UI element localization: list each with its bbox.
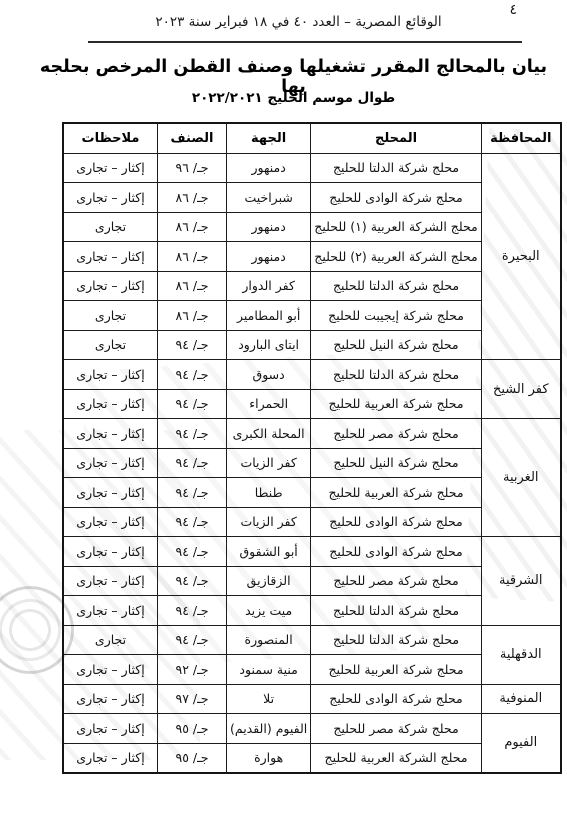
location-cell: دمنهور xyxy=(227,212,311,242)
location-cell: منية سمنود xyxy=(227,655,311,685)
governorate-cell: الفيوم xyxy=(481,714,561,773)
gin-cell: محلج شركة الوادى للحليج xyxy=(311,183,482,213)
variety-cell: جـ/ ٩٤ xyxy=(158,625,227,655)
notes-cell: إكثار – تجارى xyxy=(63,271,158,301)
variety-cell: جـ/ ٩٥ xyxy=(158,743,227,773)
variety-cell: جـ/ ٩٦ xyxy=(158,153,227,183)
journal-title-line: الوقائع المصرية – العدد ٤٠ في ١٨ فبراير … xyxy=(155,14,441,30)
variety-cell: جـ/ ٩٤ xyxy=(158,507,227,537)
gin-cell: محلج شركة مصر للحليج xyxy=(311,419,482,449)
gin-cell: محلج شركة الدلتا للحليج xyxy=(311,625,482,655)
location-cell: كفر الزيات xyxy=(227,507,311,537)
variety-cell: جـ/ ٩٤ xyxy=(158,448,227,478)
notes-cell: إكثار – تجارى xyxy=(63,419,158,449)
table-header: المحافظةالمحلجالجهةالصنفملاحظات xyxy=(63,123,561,153)
table-row: كفر الشيخمحلج شركة الدلتا للحليجدسوقجـ/ … xyxy=(63,360,561,390)
location-cell: ايتاى البارود xyxy=(227,330,311,360)
location-cell: أبو المطامير xyxy=(227,301,311,331)
notes-cell: إكثار – تجارى xyxy=(63,448,158,478)
gin-cell: محلج شركة الدلتا للحليج xyxy=(311,271,482,301)
table-row: الغربيةمحلج شركة مصر للحليجالمحلة الكبرى… xyxy=(63,419,561,449)
governorate-cell: الغربية xyxy=(481,419,561,537)
location-cell: المحلة الكبرى xyxy=(227,419,311,449)
table-body: البحيرةمحلج شركة الدلتا للحليجدمنهورجـ/ … xyxy=(63,153,561,773)
variety-cell: جـ/ ٩٤ xyxy=(158,330,227,360)
notes-cell: تجارى xyxy=(63,625,158,655)
table-row: الدقهليةمحلج شركة الدلتا للحليجالمنصورةج… xyxy=(63,625,561,655)
variety-cell: جـ/ ٨٦ xyxy=(158,271,227,301)
location-cell: أبو الشقوق xyxy=(227,537,311,567)
notes-cell: إكثار – تجارى xyxy=(63,743,158,773)
location-cell: شبراخيت xyxy=(227,183,311,213)
notes-cell: إكثار – تجارى xyxy=(63,566,158,596)
variety-cell: جـ/ ٨٦ xyxy=(158,212,227,242)
gin-cell: محلج شركة مصر للحليج xyxy=(311,714,482,744)
masthead: الوقائع المصرية – العدد ٤٠ في ١٨ فبراير … xyxy=(30,11,567,33)
variety-cell: جـ/ ٩٤ xyxy=(158,478,227,508)
table-row: المنوفيةمحلج شركة الوادى للحليجتلاجـ/ ٩٧… xyxy=(63,684,561,714)
gin-cell: محلج شركة العربية للحليج xyxy=(311,389,482,419)
column-header-0: المحافظة xyxy=(481,123,561,153)
notes-cell: إكثار – تجارى xyxy=(63,478,158,508)
notes-cell: تجارى xyxy=(63,301,158,331)
notes-cell: إكثار – تجارى xyxy=(63,242,158,272)
variety-cell: جـ/ ٨٦ xyxy=(158,183,227,213)
location-cell: هوارة xyxy=(227,743,311,773)
notes-cell: تجارى xyxy=(63,330,158,360)
variety-cell: جـ/ ٩٤ xyxy=(158,596,227,626)
table-row: البحيرةمحلج شركة الدلتا للحليجدمنهورجـ/ … xyxy=(63,153,561,183)
variety-cell: جـ/ ٨٦ xyxy=(158,301,227,331)
notes-cell: إكثار – تجارى xyxy=(63,596,158,626)
governorate-cell: البحيرة xyxy=(481,153,561,360)
gin-cell: محلج شركة العربية للحليج xyxy=(311,655,482,685)
gin-cell: محلج شركة مصر للحليج xyxy=(311,566,482,596)
variety-cell: جـ/ ٩٤ xyxy=(158,537,227,567)
gin-cell: محلج الشركة العربية (٢) للحليج xyxy=(311,242,482,272)
gin-cell: محلج الشركة العربية (١) للحليج xyxy=(311,212,482,242)
header-rule xyxy=(88,41,522,43)
gin-cell: محلج شركة الدلتا للحليج xyxy=(311,596,482,626)
location-cell: الفيوم (القديم) xyxy=(227,714,311,744)
variety-cell: جـ/ ٨٦ xyxy=(158,242,227,272)
location-cell: طنطا xyxy=(227,478,311,508)
governorate-cell: الدقهلية xyxy=(481,625,561,684)
gin-cell: محلج شركة الدلتا للحليج xyxy=(311,153,482,183)
column-header-2: الجهة xyxy=(227,123,311,153)
gin-cell: محلج شركة الوادى للحليج xyxy=(311,507,482,537)
notes-cell: تجارى xyxy=(63,212,158,242)
table-row: الشرقيةمحلج شركة الوادى للحليجأبو الشقوق… xyxy=(63,537,561,567)
notes-cell: إكثار – تجارى xyxy=(63,183,158,213)
gazette-page: الوقائع المصرية – العدد ٤٠ في ١٨ فبراير … xyxy=(0,0,567,815)
location-cell: دمنهور xyxy=(227,242,311,272)
variety-cell: جـ/ ٩٤ xyxy=(158,360,227,390)
variety-cell: جـ/ ٩٤ xyxy=(158,389,227,419)
location-cell: دسوق xyxy=(227,360,311,390)
location-cell: دمنهور xyxy=(227,153,311,183)
column-header-4: ملاحظات xyxy=(63,123,158,153)
table-header-row: المحافظةالمحلجالجهةالصنفملاحظات xyxy=(63,123,561,153)
gin-cell: محلج الشركة العربية للحليج xyxy=(311,743,482,773)
governorate-cell: الشرقية xyxy=(481,537,561,626)
gin-cell: محلج شركة النيل للحليج xyxy=(311,448,482,478)
column-header-1: المحلج xyxy=(311,123,482,153)
gin-cell: محلج شركة النيل للحليج xyxy=(311,330,482,360)
notes-cell: إكثار – تجارى xyxy=(63,655,158,685)
notes-cell: إكثار – تجارى xyxy=(63,714,158,744)
governorate-cell: كفر الشيخ xyxy=(481,360,561,419)
notes-cell: إكثار – تجارى xyxy=(63,389,158,419)
variety-cell: جـ/ ٩٤ xyxy=(158,566,227,596)
variety-cell: جـ/ ٩٤ xyxy=(158,419,227,449)
document-subtitle: طوال موسم الحليج ٢٠٢٢/٢٠٢١ xyxy=(25,90,562,106)
location-cell: المنصورة xyxy=(227,625,311,655)
location-cell: كفر الزيات xyxy=(227,448,311,478)
variety-cell: جـ/ ٩٢ xyxy=(158,655,227,685)
variety-cell: جـ/ ٩٥ xyxy=(158,714,227,744)
gin-cell: محلج شركة الدلتا للحليج xyxy=(311,360,482,390)
gin-cell: محلج شركة الوادى للحليج xyxy=(311,537,482,567)
location-cell: الزقازيق xyxy=(227,566,311,596)
location-cell: كفر الدوار xyxy=(227,271,311,301)
variety-cell: جـ/ ٩٧ xyxy=(158,684,227,714)
governorate-cell: المنوفية xyxy=(481,684,561,714)
column-header-3: الصنف xyxy=(158,123,227,153)
gin-cell: محلج شركة إيجيبت للحليج xyxy=(311,301,482,331)
notes-cell: إكثار – تجارى xyxy=(63,684,158,714)
table-row: الفيوممحلج شركة مصر للحليجالفيوم (القديم… xyxy=(63,714,561,744)
location-cell: ميت يزيد xyxy=(227,596,311,626)
notes-cell: إكثار – تجارى xyxy=(63,507,158,537)
gin-cell: محلج شركة الوادى للحليج xyxy=(311,684,482,714)
notes-cell: إكثار – تجارى xyxy=(63,360,158,390)
location-cell: تلا xyxy=(227,684,311,714)
gins-table: المحافظةالمحلجالجهةالصنفملاحظات البحيرةم… xyxy=(62,122,562,774)
gin-cell: محلج شركة العربية للحليج xyxy=(311,478,482,508)
notes-cell: إكثار – تجارى xyxy=(63,537,158,567)
location-cell: الحمراء xyxy=(227,389,311,419)
notes-cell: إكثار – تجارى xyxy=(63,153,158,183)
